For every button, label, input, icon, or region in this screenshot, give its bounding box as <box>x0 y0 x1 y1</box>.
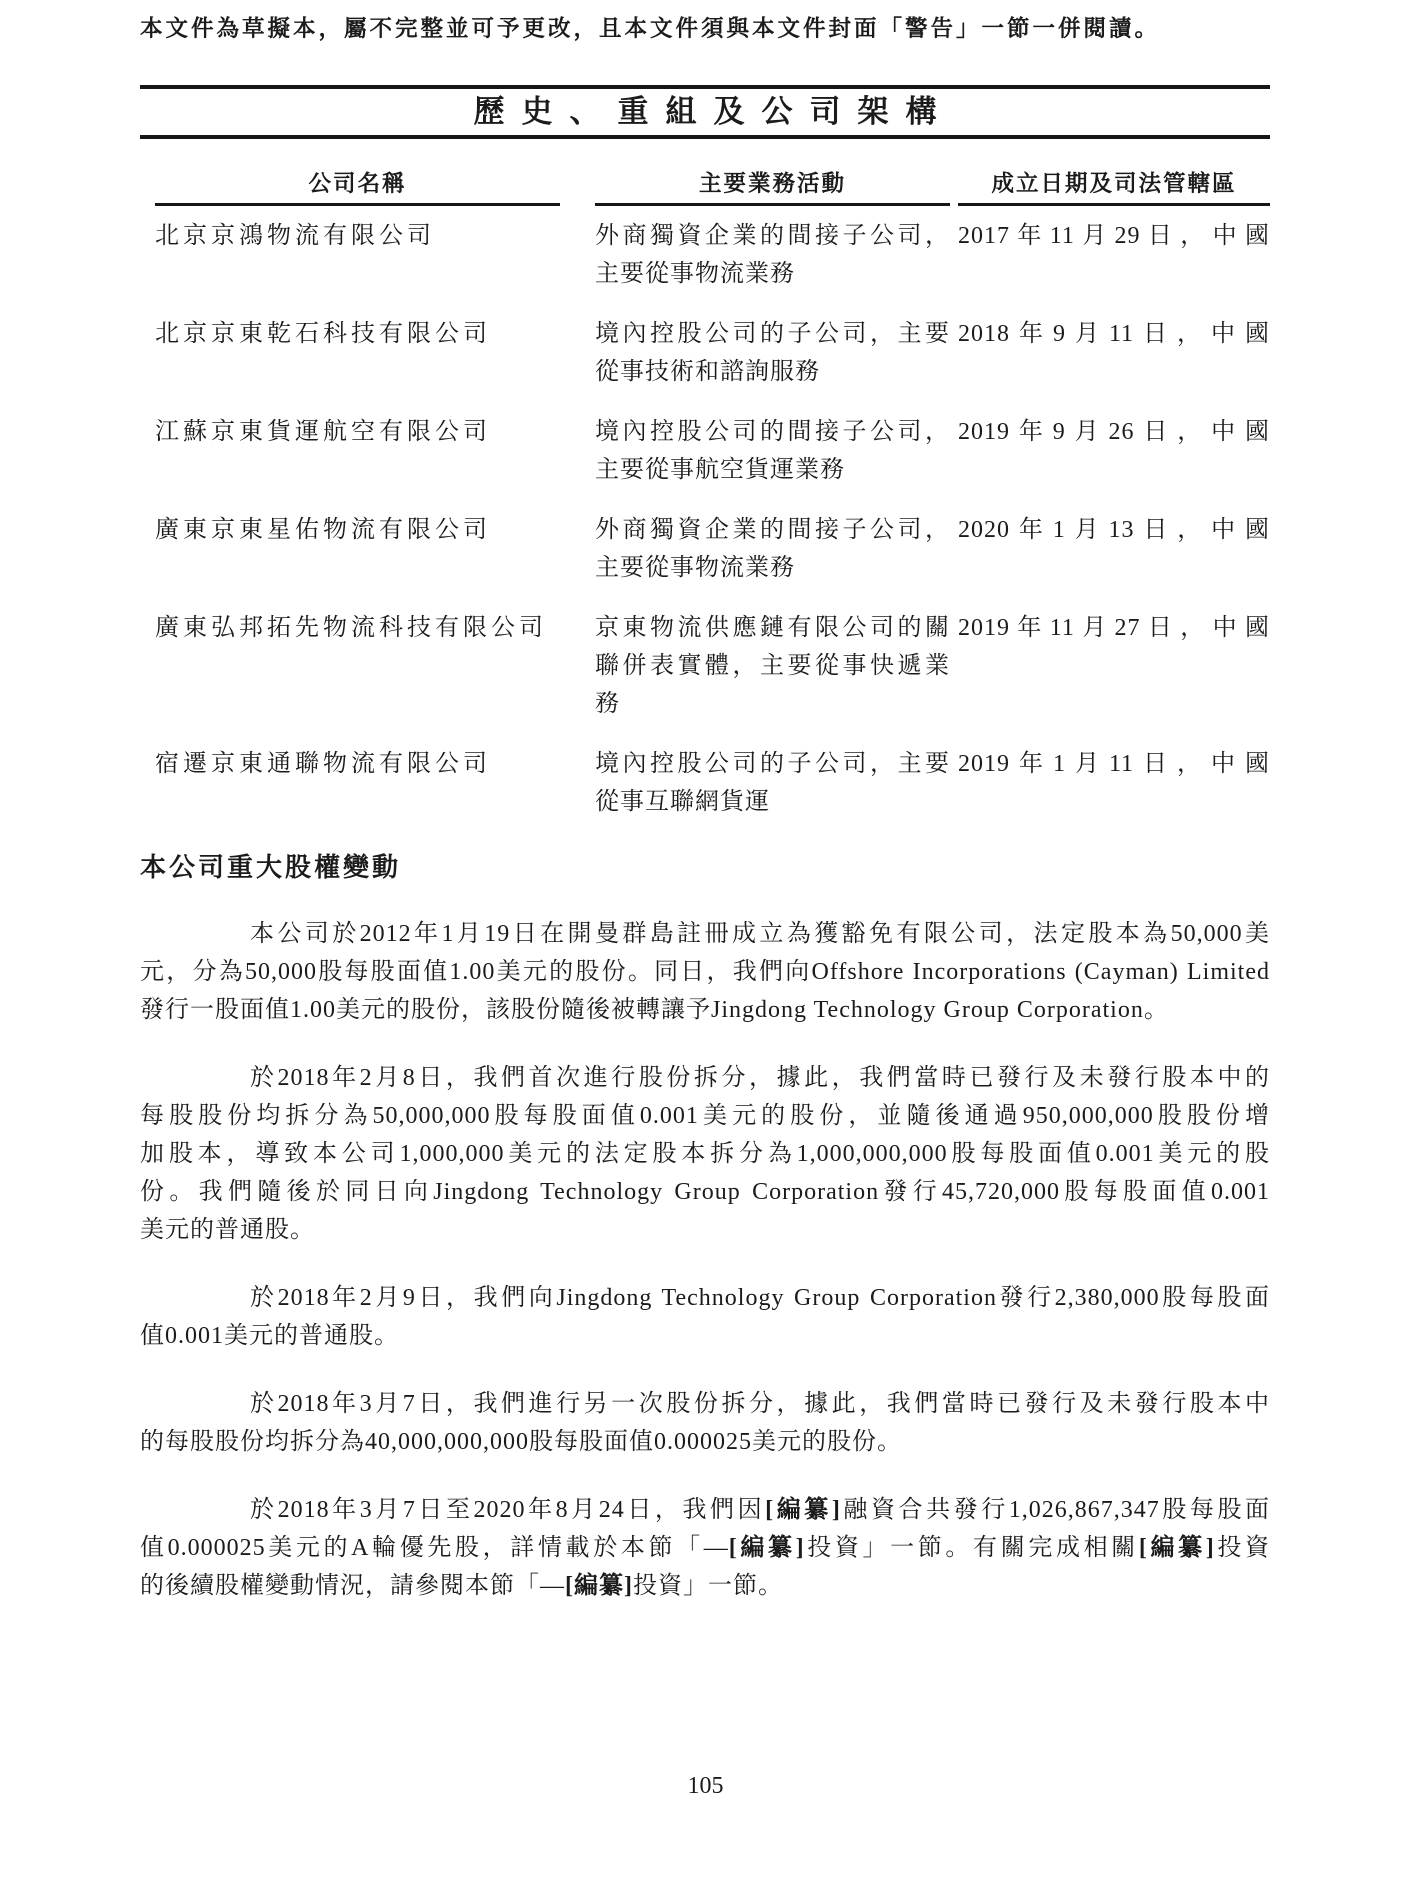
company-name: 北京京東乾石科技有限公司 <box>155 315 560 391</box>
redaction-marker: [編纂] <box>565 1573 633 1599</box>
paragraph-line: 於2018年3月7日至2020年8月24日，我們因[編纂]融資合共發行1,026… <box>140 1491 1270 1529</box>
business-line: 外商獨資企業的間接子公司， <box>595 511 950 549</box>
text-segment: 投資 <box>1215 1535 1270 1561</box>
paragraph-line: 於2018年2月9日，我們向Jingdong Technology Group … <box>140 1279 1270 1317</box>
table-row: 廣東弘邦拓先物流科技有限公司 京東物流供應鏈有限公司的關聯併表實體，主要從事快遞… <box>140 609 1270 723</box>
table-row: 廣東京東星佑物流有限公司 外商獨資企業的間接子公司，主要從事物流業務 2020年… <box>140 511 1270 587</box>
page-number: 105 <box>0 1772 1411 1800</box>
paragraph-line: 值0.001美元的普通股。 <box>140 1317 1270 1355</box>
paragraph-line: 元，分為50,000股每股面值1.00美元的股份。同日，我們向Offshore … <box>140 953 1270 991</box>
business-activity: 境內控股公司的子公司，主要從事技術和諮詢服務 <box>595 315 950 391</box>
paragraph-preferred-financing: 於2018年3月7日至2020年8月24日，我們因[編纂]融資合共發行1,026… <box>140 1491 1270 1605</box>
business-line: 境內控股公司的間接子公司， <box>595 413 950 451</box>
business-line: 境內控股公司的子公司，主要 <box>595 315 950 353</box>
establishment-date: 2020年1月13日，中國 <box>958 511 1270 587</box>
paragraph-line: 的後續股權變動情況，請參閱本節「—[編纂]投資」一節。 <box>140 1567 1270 1605</box>
company-name: 北京京鴻物流有限公司 <box>155 217 560 293</box>
company-name: 江蘇京東貨運航空有限公司 <box>155 413 560 489</box>
business-line: 從事技術和諮詢服務 <box>595 353 950 391</box>
business-activity: 外商獨資企業的間接子公司，主要從事物流業務 <box>595 511 950 587</box>
business-activity: 京東物流供應鏈有限公司的關聯併表實體，主要從事快遞業務 <box>595 609 950 723</box>
business-line: 從事互聯網貨運 <box>595 783 950 821</box>
business-line: 主要從事物流業務 <box>595 549 950 587</box>
document-page: 本文件為草擬本，屬不完整並可予更改，且本文件須與本文件封面「警告」一節一併閱讀。… <box>0 0 1411 1881</box>
company-name: 廣東弘邦拓先物流科技有限公司 <box>155 609 560 723</box>
paragraph-first-share-split: 於2018年2月8日，我們首次進行股份拆分，據此，我們當時已發行及未發行股本中的… <box>140 1059 1270 1249</box>
text-segment: 值0.000025美元的A輪優先股，詳情載於本節「— <box>140 1535 729 1561</box>
establishment-date: 2019年1月11日，中國 <box>958 745 1270 821</box>
business-activity: 境內控股公司的間接子公司，主要從事航空貨運業務 <box>595 413 950 489</box>
business-line: 外商獨資企業的間接子公司， <box>595 217 950 255</box>
text-segment: 融資合共發行1,026,867,347股每股面 <box>841 1497 1270 1523</box>
establishment-date: 2019年11月27日，中國 <box>958 609 1270 723</box>
page-content: 本文件為草擬本，屬不完整並可予更改，且本文件須與本文件封面「警告」一節一併閱讀。… <box>0 0 1411 1605</box>
paragraph-line: 每股股份均拆分為50,000,000股每股面值0.001美元的股份，並隨後通過9… <box>140 1097 1270 1135</box>
paragraph-line: 於2018年3月7日，我們進行另一次股份拆分，據此，我們當時已發行及未發行股本中 <box>140 1385 1270 1423</box>
table-row: 江蘇京東貨運航空有限公司 境內控股公司的間接子公司，主要從事航空貨運業務 201… <box>140 413 1270 489</box>
subsidiaries-table: 公司名稱 主要業務活動 成立日期及司法管轄區 北京京鴻物流有限公司 外商獨資企業… <box>140 172 1270 821</box>
table-header-row: 公司名稱 主要業務活動 成立日期及司法管轄區 <box>140 172 1270 206</box>
redaction-marker: [編纂] <box>1139 1535 1215 1561</box>
business-activity: 外商獨資企業的間接子公司，主要從事物流業務 <box>595 217 950 293</box>
text-segment: 於2018年3月7日至2020年8月24日，我們因 <box>250 1497 765 1523</box>
business-activity: 境內控股公司的子公司，主要從事互聯網貨運 <box>595 745 950 821</box>
paragraph-line: 值0.000025美元的A輪優先股，詳情載於本節「—[編纂]投資」一節。有關完成… <box>140 1529 1270 1567</box>
table-row: 宿遷京東通聯物流有限公司 境內控股公司的子公司，主要從事互聯網貨運 2019年1… <box>140 745 1270 821</box>
business-line: 聯併表實體，主要從事快遞業 <box>595 647 950 685</box>
table-row: 北京京鴻物流有限公司 外商獨資企業的間接子公司，主要從事物流業務 2017年11… <box>140 217 1270 293</box>
page-title: 歷史、重組及公司架構 <box>140 92 1270 132</box>
establishment-date: 2019年9月26日，中國 <box>958 413 1270 489</box>
col-header-business-activity: 主要業務活動 <box>595 172 950 206</box>
paragraph-line: 於2018年2月8日，我們首次進行股份拆分，據此，我們當時已發行及未發行股本中的 <box>140 1059 1270 1097</box>
business-line: 主要從事物流業務 <box>595 255 950 293</box>
establishment-date: 2018年9月11日，中國 <box>958 315 1270 391</box>
paragraph-share-issue: 於2018年2月9日，我們向Jingdong Technology Group … <box>140 1279 1270 1355</box>
business-line: 主要從事航空貨運業務 <box>595 451 950 489</box>
col-header-establishment: 成立日期及司法管轄區 <box>958 172 1270 206</box>
table-row: 北京京東乾石科技有限公司 境內控股公司的子公司，主要從事技術和諮詢服務 2018… <box>140 315 1270 391</box>
paragraph-line: 的每股股份均拆分為40,000,000,000股每股面值0.000025美元的股… <box>140 1423 1270 1461</box>
business-line: 務 <box>595 685 950 723</box>
col-header-company-name: 公司名稱 <box>155 172 560 206</box>
draft-disclaimer: 本文件為草擬本，屬不完整並可予更改，且本文件須與本文件封面「警告」一節一併閱讀。 <box>140 14 1270 44</box>
paragraph-line: 美元的普通股。 <box>140 1211 1270 1249</box>
establishment-date: 2017年11月29日，中國 <box>958 217 1270 293</box>
text-segment: 投資」一節。 <box>633 1573 783 1599</box>
business-line: 境內控股公司的子公司，主要 <box>595 745 950 783</box>
paragraph-line: 加股本，導致本公司1,000,000美元的法定股本拆分為1,000,000,00… <box>140 1135 1270 1173</box>
company-name: 廣東京東星佑物流有限公司 <box>155 511 560 587</box>
text-segment: 投資」一節。有關完成相關 <box>805 1535 1139 1561</box>
paragraph-line: 份。我們隨後於同日向Jingdong Technology Group Corp… <box>140 1173 1270 1211</box>
business-line: 京東物流供應鏈有限公司的關 <box>595 609 950 647</box>
redaction-marker: [編纂] <box>765 1497 841 1523</box>
text-segment: 的後續股權變動情況，請參閱本節「— <box>140 1573 565 1599</box>
paragraph-line: 發行一股面值1.00美元的股份，該股份隨後被轉讓予Jingdong Techno… <box>140 991 1270 1029</box>
paragraph-incorporation: 本公司於2012年1月19日在開曼群島註冊成立為獲豁免有限公司，法定股本為50,… <box>140 915 1270 1029</box>
company-name: 宿遷京東通聯物流有限公司 <box>155 745 560 821</box>
section-heading: 本公司重大股權變動 <box>140 853 1270 883</box>
paragraph-second-share-split: 於2018年3月7日，我們進行另一次股份拆分，據此，我們當時已發行及未發行股本中… <box>140 1385 1270 1461</box>
paragraph-line: 本公司於2012年1月19日在開曼群島註冊成立為獲豁免有限公司，法定股本為50,… <box>140 915 1270 953</box>
section-title-block: 歷史、重組及公司架構 <box>140 85 1270 139</box>
redaction-marker: [編纂] <box>729 1535 805 1561</box>
